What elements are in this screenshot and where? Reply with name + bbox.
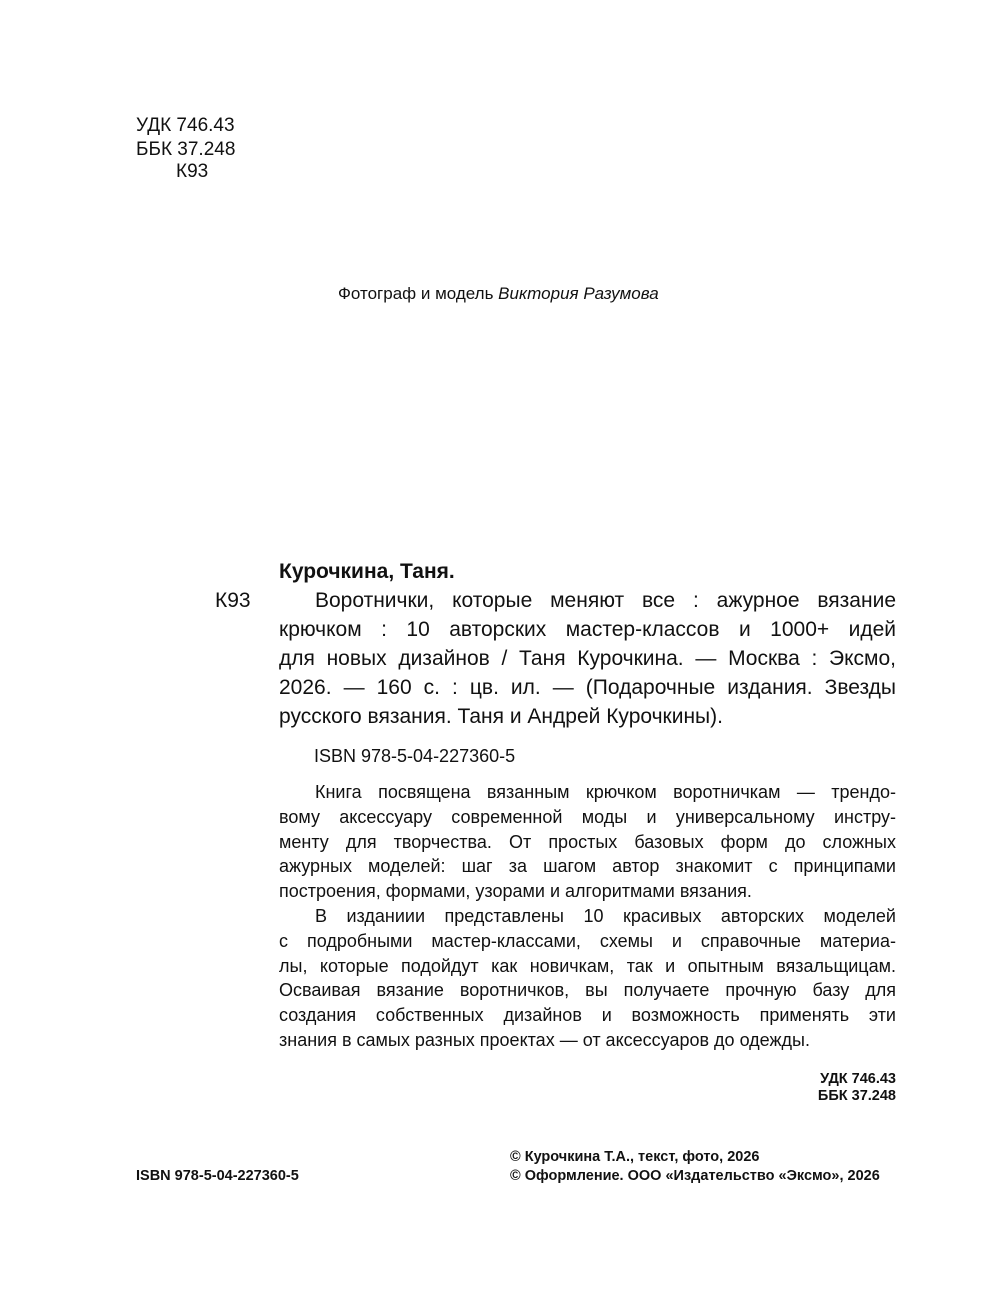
annotation-line: ажурных моделей: шаг за шагом автор знак… xyxy=(279,854,896,879)
copyright-author: © Курочкина Т.А., текст, фото, 2026 xyxy=(510,1148,759,1166)
annotation-line: с подробными мастер-классами, схемы и сп… xyxy=(279,929,896,954)
annotation-line: Книга посвящена вязанным крючком воротни… xyxy=(279,780,896,805)
catalog-author: Курочкина, Таня. xyxy=(279,560,455,584)
annotation-line: построения, формами, узорами и алгоритма… xyxy=(279,879,896,904)
bibliographic-description: Воротнички, которые меняют все : ажурное… xyxy=(279,586,896,731)
copyright-design: © Оформление. ООО «Издательство «Эксмо»,… xyxy=(510,1167,880,1185)
udk-code-top: УДК 746.43 xyxy=(136,114,235,138)
annotation-line: менту для творчества. От простых базовых… xyxy=(279,830,896,855)
biblio-line: русского вязания. Таня и Андрей Курочкин… xyxy=(279,702,896,731)
annotation-line: лы, которые подойдут как новичкам, так и… xyxy=(279,954,896,979)
annotation-line: вому аксессуару современной моды и униве… xyxy=(279,805,896,830)
credit-name: Виктория Разумова xyxy=(498,284,658,303)
annotation-paragraph-1: Книга посвящена вязанным крючком воротни… xyxy=(279,780,896,904)
photo-credit: Фотограф и модель Виктория Разумова xyxy=(338,284,659,304)
annotation-line: Осваивая вязание воротничков, вы получае… xyxy=(279,978,896,1003)
credit-prefix: Фотограф и модель xyxy=(338,284,498,303)
author-sign-top: К93 xyxy=(176,160,208,184)
annotation-line: создания собственных дизайнов и возможно… xyxy=(279,1003,896,1028)
catalog-isbn: ISBN 978-5-04-227360-5 xyxy=(314,746,515,767)
annotation-paragraph-2: В изданиии представлены 10 красивых авто… xyxy=(279,904,896,1053)
bbk-code-top: ББК 37.248 xyxy=(136,138,235,162)
catalog-author-sign: К93 xyxy=(215,589,251,613)
biblio-line: 2026. — 160 с. : цв. ил. — (Подарочные и… xyxy=(279,673,896,702)
annotation-line: знания в самых разных проектах — от аксе… xyxy=(279,1028,896,1053)
biblio-line: для новых дизайнов / Таня Курочкина. — М… xyxy=(279,644,896,673)
udk-code-bottom: УДК 746.43 xyxy=(820,1070,896,1088)
annotation-line: В изданиии представлены 10 красивых авто… xyxy=(279,904,896,929)
bbk-code-bottom: ББК 37.248 xyxy=(818,1087,896,1105)
biblio-line: крючком : 10 авторских мастер-классов и … xyxy=(279,615,896,644)
annotation: Книга посвящена вязанным крючком воротни… xyxy=(279,780,896,1053)
biblio-line: Воротнички, которые меняют все : ажурное… xyxy=(279,586,896,615)
footer-isbn: ISBN 978-5-04-227360-5 xyxy=(136,1167,299,1185)
